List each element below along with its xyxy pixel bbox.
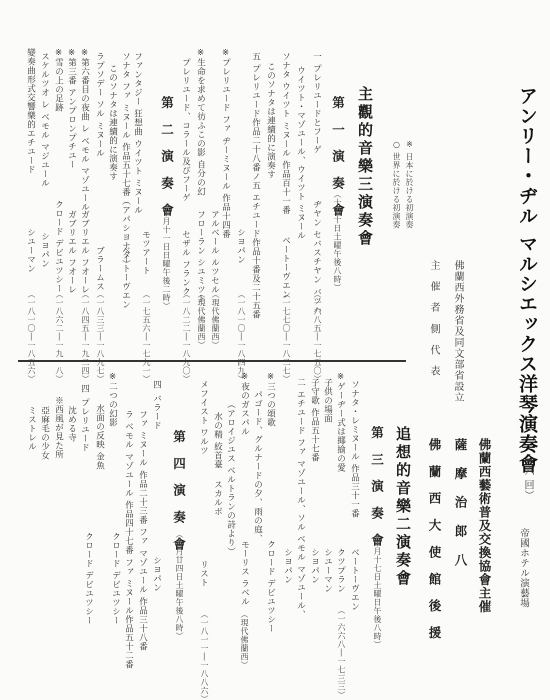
c2-item-work: ファンタジー 狂想曲 ウイツト ミヌール: [133, 52, 142, 215]
c2-item-composer: ガブリエル フオーレ: [80, 210, 89, 294]
c2-item-composer: ガブリエル フオーレ: [67, 210, 76, 294]
c3-item-work: パゴード、グルナードの夕、雨の庭、: [253, 390, 262, 543]
c4-item-composer: クロード デビユツシー: [111, 532, 120, 625]
c3-item-note: （アロイジユス ベルトランの詩より）: [226, 400, 235, 556]
c3-item-work: 水の精 絞首臺: [213, 412, 222, 469]
session-number: （六 回）: [522, 455, 532, 501]
c2-item-work: スケルツオ レ ベモル マジユール: [40, 52, 49, 188]
c4-item-work: 亞麻毛の少女: [40, 406, 49, 460]
legend-world-premiere: ○ 世界に於ける初演奏: [392, 140, 400, 229]
concert-3-date: （十月十七日土曜日午後八時）: [373, 530, 381, 649]
representative: 薩 摩 治 郎 八: [454, 438, 467, 572]
c1-item-num: 一: [312, 52, 321, 61]
c1-item-work: プレリユードとフーゲ: [312, 64, 321, 154]
c1-item-num: ※: [196, 48, 205, 59]
c2-item-work: 變奏曲形式交響樂的エチユード: [26, 48, 35, 174]
c3-item-composer: シユーマン: [323, 548, 332, 593]
c3-item-years: （一六六八―一七三三）: [337, 606, 345, 700]
c1-item-work: プレリユード、コラール及びフーゲ: [181, 58, 190, 202]
program-title: アンリー・ヂル マルシエックス洋琴演奏會: [517, 86, 536, 474]
c1-item-composer: アルベール ルツセル: [210, 210, 219, 294]
legend-japan-premiere: ※ 日本に於ける初演奏: [405, 140, 413, 229]
c4-item-work: バラード: [152, 394, 161, 430]
c1-item-work: プレリユード作品二十八番ノ五 エチユード作品十番及二十五番: [251, 64, 260, 319]
c2-item-composer: モツアート: [141, 230, 150, 275]
c1-item-years: （現代佛蘭西）: [211, 290, 219, 350]
c2-item-work: ソナタ ファ ミヌール 作品五十七番（アパシヨナタ）: [121, 52, 130, 269]
c3-item-work: ソナタ・レミヌール 作品三十一番: [350, 380, 359, 518]
c3-item-composer: ベートーヴエン: [350, 548, 359, 611]
c4-item-work: プレリユード: [80, 398, 89, 452]
c1-item-note: このソナタは連續的に演奏す: [266, 62, 275, 179]
c4-item-composer: クロード デビユツシー: [84, 532, 93, 625]
c3-item-work: 子守歌 作品五十七番: [310, 378, 319, 462]
c3-item-num: ※: [266, 372, 275, 383]
c3-item-composer: リスト: [199, 560, 208, 587]
c2-item-num: ※: [80, 48, 89, 59]
c1-item-composer: セザル フランク: [181, 230, 190, 296]
c1-item-years: （一八一〇―一八四九）: [237, 290, 245, 384]
c3-item-composer: クツプラン: [336, 548, 345, 593]
sponsor-line-1: 佛蘭西外務省及同文部省設立: [452, 260, 462, 403]
c4-item-work: ミストレル: [27, 406, 36, 451]
c3-item-work: エチユード ファ マゾユール、ソル ベモル マゾユール、: [296, 390, 305, 619]
c2-item-composer: シユーマン: [26, 228, 35, 273]
c3-item-work: ゲーヂー式は揶揄の愛: [336, 382, 345, 472]
c1-item-years: （一八二二―一八九〇）: [182, 290, 190, 384]
c4-item-work: 二つの幻影: [108, 382, 117, 427]
c4-item-work: ファ ミヌール 作品二十三番 ファ マゾユール 作品三十八番: [138, 410, 147, 651]
c1-item-work: ソナタ ウイツト ミヌール 作品百十一番: [281, 52, 290, 215]
c1-item-work: プレリユード ファ ヂーミヌール 作品十四番: [221, 58, 230, 239]
section-heading-reminiscent: 追想的音樂二演奏會: [395, 426, 410, 588]
c3-item-years: （一八一一―一八八六）: [200, 610, 208, 700]
c3-item-num: ※: [240, 372, 249, 383]
c2-item-work: ラプソデー ソル ミヌール: [95, 52, 104, 157]
c3-item-work: 三つの頌歌: [266, 382, 275, 427]
c3-item-num: 二: [296, 378, 305, 387]
c1-item-work: 生命を求めて彷ふこの影 自分の幻: [196, 58, 205, 196]
section-heading-subjective: 主觀的音樂三演奏會: [357, 86, 372, 248]
c1-item-work: ウイツト・マゾユール、ウイツト ミヌール: [296, 66, 305, 240]
support-embassy: 佛 蘭 西 大 使 館 後 援: [428, 438, 441, 643]
c3-item-composer: モーリス ラベル: [240, 540, 249, 606]
section-divider: [18, 360, 406, 362]
c2-item-composer: クロード デビユツシー: [54, 200, 63, 293]
c2-item-years: （一八一〇―一八五六）: [27, 290, 35, 384]
c2-item-years: （一八三三―一八九七）: [96, 290, 104, 384]
concert-2-date: （十月十一日日曜午後二時）: [162, 200, 170, 311]
c1-item-num: ※: [221, 48, 230, 59]
c2-item-years: （一七五六―一七九一）: [142, 290, 150, 384]
venue: 帝國ホテル演藝場: [519, 528, 529, 608]
c2-item-composer: ベートーヴエン: [121, 246, 130, 309]
c3-item-composer: スカルボ: [213, 480, 222, 516]
c1-item-years: （一七七〇―一八二七）: [282, 290, 290, 384]
c3-item-work: 子供の場面: [323, 378, 332, 423]
c1-item-years: （一六八五―一七五〇）: [313, 290, 321, 384]
c3-item-composer: シヨパン: [283, 548, 292, 584]
concert-1-date: （十月十日土曜午後八時）: [333, 190, 341, 292]
c4-item-work: ラ ベモル マゾユール 作品四十七番 ファ ミヌール作品五十二番: [124, 410, 133, 669]
c2-item-work: 第三番 アンプロンプチユー: [67, 58, 76, 169]
c3-item-work: 夜のガスパル: [240, 382, 249, 436]
c4-item-work: 水面の反映 金魚: [95, 404, 104, 470]
c1-item-years: （現代佛蘭西）: [197, 290, 205, 350]
c2-item-years: （一八六二―一九一八）: [55, 290, 63, 384]
c2-item-note: このソナタは連續的に演奏す: [108, 64, 117, 181]
c3-item-composer: クロード デビユツシー: [266, 540, 275, 633]
c4-item-num: 四: [80, 384, 89, 393]
c3-item-composer: シヨパン: [310, 548, 319, 584]
c2-item-num: ※: [67, 48, 76, 59]
concert-program-page: アンリー・ヂル マルシエックス洋琴演奏會 （六 回） 帝國ホテル演藝場 佛蘭西外…: [0, 0, 550, 700]
sponsor-line-2: 主 催 者 側 代 表: [428, 260, 438, 380]
c2-item-years: （一八四五―一九二四）: [81, 290, 89, 384]
c2-item-num: ※: [54, 48, 63, 59]
c3-item-years: （現代佛蘭西）: [240, 610, 248, 670]
organizer: 佛蘭西藝術普及交換協會主催: [478, 438, 491, 614]
c4-item-work: ※西風が見た所: [54, 396, 63, 459]
c2-item-work: 第六番目の夜曲 レ ベモル マゾユール: [80, 58, 89, 212]
c4-item-num: 四: [152, 380, 161, 389]
c4-item-num: ※: [108, 372, 117, 383]
c2-item-composer: シヨパン: [40, 232, 49, 268]
c3-item-work: メフイスト ワルツ: [199, 380, 208, 455]
c2-item-work: 雪の上の足跡: [54, 58, 63, 112]
c4-item-composer: シヨパン: [152, 556, 161, 592]
concert-4-date: （十月廿四日土曜午後八時）: [175, 530, 183, 641]
c4-item-work: 沈める寺: [67, 406, 76, 442]
c2-item-composer: ブラームス: [95, 246, 104, 291]
c1-item-num: 五: [251, 52, 260, 61]
c1-item-composer: シヨパン: [236, 228, 245, 264]
c3-item-num: ※: [336, 372, 345, 383]
